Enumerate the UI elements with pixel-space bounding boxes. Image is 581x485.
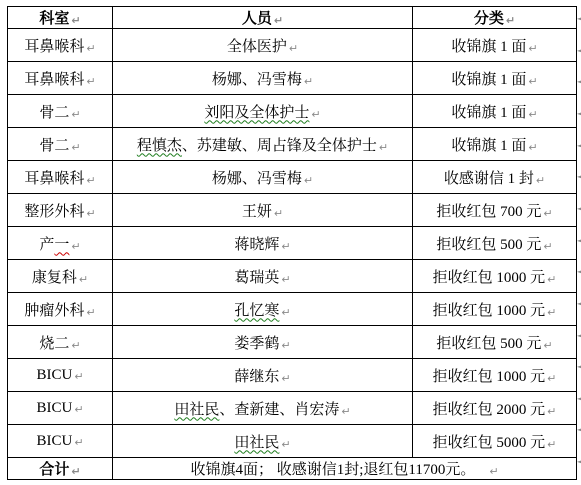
table-row: BICU↵田社民↵拒收红包 5000 元↵ — [8, 425, 577, 458]
person-cell: 孔忆寒↵ — [113, 293, 413, 326]
person-cell: 娄季鹤↵ — [113, 326, 413, 359]
dept-text: 耳鼻喉科 — [24, 171, 84, 187]
paragraph-mark-icon: ↵ — [547, 372, 556, 385]
paragraph-mark-icon: ↵ — [74, 403, 83, 416]
paragraph-mark-icon: ↵ — [281, 306, 290, 319]
row-end-mark-icon: ◄ — [577, 47, 581, 55]
person-text: 杨娜、冯雪梅 — [212, 171, 302, 187]
row-end-mark-icon: ◄ — [577, 205, 581, 213]
dept-cell: 整形外科↵ — [8, 194, 113, 227]
row-end-mark-icon: ◄ — [577, 15, 581, 23]
person-cell: 杨娜、冯雪梅↵ — [113, 62, 413, 95]
paragraph-mark-icon: ↵ — [86, 174, 95, 187]
table-row: 骨二↵程慎杰、苏建敏、周占锋及全体护士↵收锦旗 1 面↵ — [8, 128, 577, 161]
row-end-mark-icon: ◄ — [577, 237, 581, 245]
dept-text: 整形外科 — [24, 204, 84, 220]
category-text: 拒收红包 700 元 — [436, 204, 541, 220]
person-cell: 杨娜、冯雪梅↵ — [113, 161, 413, 194]
row-end-mark-icon: ◄ — [577, 300, 581, 308]
category-cell: 拒收红包 500 元↵ — [413, 326, 577, 359]
category-text: 收感谢信 1 封 — [444, 171, 534, 187]
header-person: 人员↵ — [113, 7, 413, 29]
person-text: 孔忆寒 — [234, 303, 279, 319]
paragraph-mark-icon: ↵ — [86, 42, 95, 55]
dept-cell: BICU↵ — [8, 392, 113, 425]
row-end-mark-icon: ◄ — [577, 395, 581, 403]
dept-cell: 耳鼻喉科↵ — [8, 62, 113, 95]
person-text: 王妍 — [242, 204, 272, 220]
person-text: 、苏建敏、周占锋及全体护士 — [182, 138, 377, 154]
paragraph-mark-icon: ↵ — [74, 370, 83, 383]
dept-cell: 骨二↵ — [8, 128, 113, 161]
person-text: 娄季鹤 — [234, 336, 279, 352]
table-row: 整形外科↵王妍↵拒收红包 700 元↵ — [8, 194, 577, 227]
paragraph-mark-icon: ↵ — [543, 240, 552, 253]
dept-text: 耳鼻喉科 — [24, 39, 84, 55]
paragraph-mark-icon: ↵ — [71, 14, 80, 27]
dept-text: 肿瘤外科 — [24, 303, 84, 319]
category-cell: 收锦旗 1 面↵ — [413, 29, 577, 62]
category-text: 收锦旗 1 面 — [451, 105, 526, 121]
category-text: 收锦旗 1 面 — [451, 39, 526, 55]
paragraph-mark-icon: ↵ — [281, 273, 290, 286]
person-text: 、查新建、肖宏涛 — [219, 402, 339, 418]
paragraph-mark-icon: ↵ — [79, 273, 88, 286]
row-end-mark-icon: ◄ — [577, 173, 581, 181]
category-text: 拒收红包 1000 元 — [433, 303, 546, 319]
paragraph-mark-icon: ↵ — [281, 339, 290, 352]
category-cell: 拒收红包 500 元↵ — [413, 227, 577, 260]
paragraph-mark-icon: ↵ — [304, 75, 313, 88]
dept-cell: 耳鼻喉科↵ — [8, 29, 113, 62]
table-row: 康复科↵葛瑞英↵拒收红包 1000 元↵ — [8, 260, 577, 293]
table-row: BICU↵田社民、查新建、肖宏涛↵拒收红包 2000 元↵ — [8, 392, 577, 425]
person-text: 杨娜、冯雪梅 — [212, 72, 302, 88]
paragraph-mark-icon: ↵ — [528, 75, 537, 88]
dept-cell: 骨二↵ — [8, 95, 113, 128]
table-row: 产一↵蒋晓辉↵拒收红包 500 元↵ — [8, 227, 577, 260]
paragraph-mark-icon: ↵ — [71, 108, 80, 121]
paragraph-mark-icon: ↵ — [71, 240, 80, 253]
dept-text: 耳鼻喉科 — [24, 72, 84, 88]
category-text: 收锦旗 1 面 — [451, 72, 526, 88]
paragraph-mark-icon: ↵ — [536, 174, 545, 187]
dept-text: 一 — [54, 237, 69, 253]
paragraph-mark-icon: ↵ — [547, 405, 556, 418]
dept-cell: BICU↵ — [8, 425, 113, 458]
table-row: 耳鼻喉科↵杨娜、冯雪梅↵收锦旗 1 面↵ — [8, 62, 577, 95]
paragraph-mark-icon: ↵ — [528, 108, 537, 121]
dept-text: BICU — [36, 400, 72, 416]
paragraph-mark-icon: ↵ — [547, 438, 556, 451]
category-text: 拒收红包 2000 元 — [433, 402, 546, 418]
footer-summary-cell: 收锦旗4面； 收感谢信1封;退红包11700元。↵ — [113, 458, 577, 480]
footer-total-label: 合计 — [39, 462, 69, 478]
paragraph-mark-icon: ↵ — [86, 207, 95, 220]
paragraph-mark-icon: ↵ — [86, 75, 95, 88]
paragraph-mark-icon: ↵ — [71, 141, 80, 154]
paragraph-mark-icon: ↵ — [489, 465, 498, 478]
dept-text: BICU — [36, 367, 72, 383]
paragraph-mark-icon: ↵ — [528, 42, 537, 55]
paragraph-mark-icon: ↵ — [86, 306, 95, 319]
paragraph-mark-icon: ↵ — [379, 141, 388, 154]
person-text: 薛继东 — [234, 369, 279, 385]
paragraph-mark-icon: ↵ — [547, 306, 556, 319]
category-text: 拒收红包 500 元 — [436, 336, 541, 352]
paragraph-mark-icon: ↵ — [528, 141, 537, 154]
category-cell: 收锦旗 1 面↵ — [413, 128, 577, 161]
row-end-mark-icon: ◄ — [577, 268, 581, 276]
person-text: 葛瑞英 — [234, 270, 279, 286]
paragraph-mark-icon: ↵ — [274, 207, 283, 220]
person-cell: 蒋晓辉↵ — [113, 227, 413, 260]
category-text: 拒收红包 1000 元 — [433, 270, 546, 286]
dept-text: 康复科 — [32, 270, 77, 286]
category-cell: 拒收红包 5000 元↵ — [413, 425, 577, 458]
row-end-mark-icon: ◄ — [577, 142, 581, 150]
row-end-mark-icon: ◄ — [577, 363, 581, 371]
row-end-mark-icon: ◄ — [577, 458, 581, 466]
commendation-table: 科室↵ 人员↵ 分类↵ 耳鼻喉科↵全体医护↵收锦旗 1 面↵耳鼻喉科↵杨娜、冯雪… — [7, 6, 577, 480]
paragraph-mark-icon: ↵ — [281, 372, 290, 385]
category-cell: 收锦旗 1 面↵ — [413, 95, 577, 128]
document-page: 科室↵ 人员↵ 分类↵ 耳鼻喉科↵全体医护↵收锦旗 1 面↵耳鼻喉科↵杨娜、冯雪… — [0, 0, 581, 485]
paragraph-mark-icon: ↵ — [547, 273, 556, 286]
paragraph-mark-icon: ↵ — [304, 174, 313, 187]
header-category: 分类↵ — [413, 7, 577, 29]
category-cell: 收感谢信 1 封↵ — [413, 161, 577, 194]
category-cell: 拒收红包 2000 元↵ — [413, 392, 577, 425]
person-cell: 葛瑞英↵ — [113, 260, 413, 293]
person-text: 刘阳及全体护士 — [204, 105, 309, 121]
category-cell: 拒收红包 1000 元↵ — [413, 260, 577, 293]
dept-cell: 产一↵ — [8, 227, 113, 260]
paragraph-mark-icon: ↵ — [506, 14, 515, 27]
dept-text: 骨二 — [39, 105, 69, 121]
paragraph-mark-icon: ↵ — [311, 108, 320, 121]
category-cell: 拒收红包 700 元↵ — [413, 194, 577, 227]
paragraph-mark-icon: ↵ — [74, 436, 83, 449]
category-text: 拒收红包 5000 元 — [433, 435, 546, 451]
person-cell: 全体医护↵ — [113, 29, 413, 62]
dept-cell: 肿瘤外科↵ — [8, 293, 113, 326]
dept-cell: 烧二↵ — [8, 326, 113, 359]
table-row: 耳鼻喉科↵杨娜、冯雪梅↵收感谢信 1 封↵ — [8, 161, 577, 194]
category-text: 收锦旗 1 面 — [451, 138, 526, 154]
table-row: 烧二↵娄季鹤↵拒收红包 500 元↵ — [8, 326, 577, 359]
table-row: 骨二↵刘阳及全体护士↵收锦旗 1 面↵ — [8, 95, 577, 128]
header-category-label: 分类 — [474, 11, 504, 27]
category-text: 拒收红包 500 元 — [436, 237, 541, 253]
category-cell: 收锦旗 1 面↵ — [413, 62, 577, 95]
dept-text: 产 — [39, 237, 54, 253]
header-dept-label: 科室 — [39, 11, 69, 27]
person-text: 蒋晓辉 — [234, 237, 279, 253]
paragraph-mark-icon: ↵ — [289, 42, 298, 55]
category-cell: 拒收红包 1000 元↵ — [413, 293, 577, 326]
row-end-mark-icon: ◄ — [577, 426, 581, 434]
paragraph-mark-icon: ↵ — [543, 339, 552, 352]
paragraph-mark-icon: ↵ — [71, 465, 80, 478]
row-end-mark-icon: ◄ — [577, 110, 581, 118]
row-end-mark-icon: ◄ — [577, 332, 581, 340]
dept-cell: BICU↵ — [8, 359, 113, 392]
person-cell: 王妍↵ — [113, 194, 413, 227]
person-text: 田社民 — [174, 402, 219, 418]
table-row: BICU↵薛继东↵拒收红包 1000 元↵ — [8, 359, 577, 392]
table-row: 耳鼻喉科↵全体医护↵收锦旗 1 面↵ — [8, 29, 577, 62]
row-end-mark-icon: ◄ — [577, 78, 581, 86]
person-cell: 程慎杰、苏建敏、周占锋及全体护士↵ — [113, 128, 413, 161]
paragraph-mark-icon: ↵ — [543, 207, 552, 220]
table-header-row: 科室↵ 人员↵ 分类↵ — [8, 7, 577, 29]
person-cell: 薛继东↵ — [113, 359, 413, 392]
person-text: 全体医护 — [227, 39, 287, 55]
paragraph-mark-icon: ↵ — [71, 339, 80, 352]
paragraph-mark-icon: ↵ — [281, 438, 290, 451]
category-text: 拒收红包 1000 元 — [433, 369, 546, 385]
person-cell: 田社民、查新建、肖宏涛↵ — [113, 392, 413, 425]
paragraph-mark-icon: ↵ — [274, 14, 283, 27]
dept-cell: 康复科↵ — [8, 260, 113, 293]
header-person-label: 人员 — [242, 11, 272, 27]
table-row: 肿瘤外科↵孔忆寒↵拒收红包 1000 元↵ — [8, 293, 577, 326]
paragraph-mark-icon: ↵ — [281, 240, 290, 253]
dept-text: BICU — [36, 433, 72, 449]
person-text: 程慎杰 — [137, 138, 182, 154]
paragraph-mark-icon: ↵ — [341, 405, 350, 418]
person-cell: 刘阳及全体护士↵ — [113, 95, 413, 128]
header-dept: 科室↵ — [8, 7, 113, 29]
table-footer-row: 合计↵ 收锦旗4面； 收感谢信1封;退红包11700元。↵ — [8, 458, 577, 480]
person-cell: 田社民↵ — [113, 425, 413, 458]
person-text: 田社民 — [234, 435, 279, 451]
dept-text: 骨二 — [39, 138, 69, 154]
category-cell: 拒收红包 1000 元↵ — [413, 359, 577, 392]
footer-total-label-cell: 合计↵ — [8, 458, 113, 480]
footer-summary-text: 收锦旗4面； 收感谢信1封;退红包11700元。 — [190, 462, 475, 478]
dept-cell: 耳鼻喉科↵ — [8, 161, 113, 194]
dept-text: 烧二 — [39, 336, 69, 352]
